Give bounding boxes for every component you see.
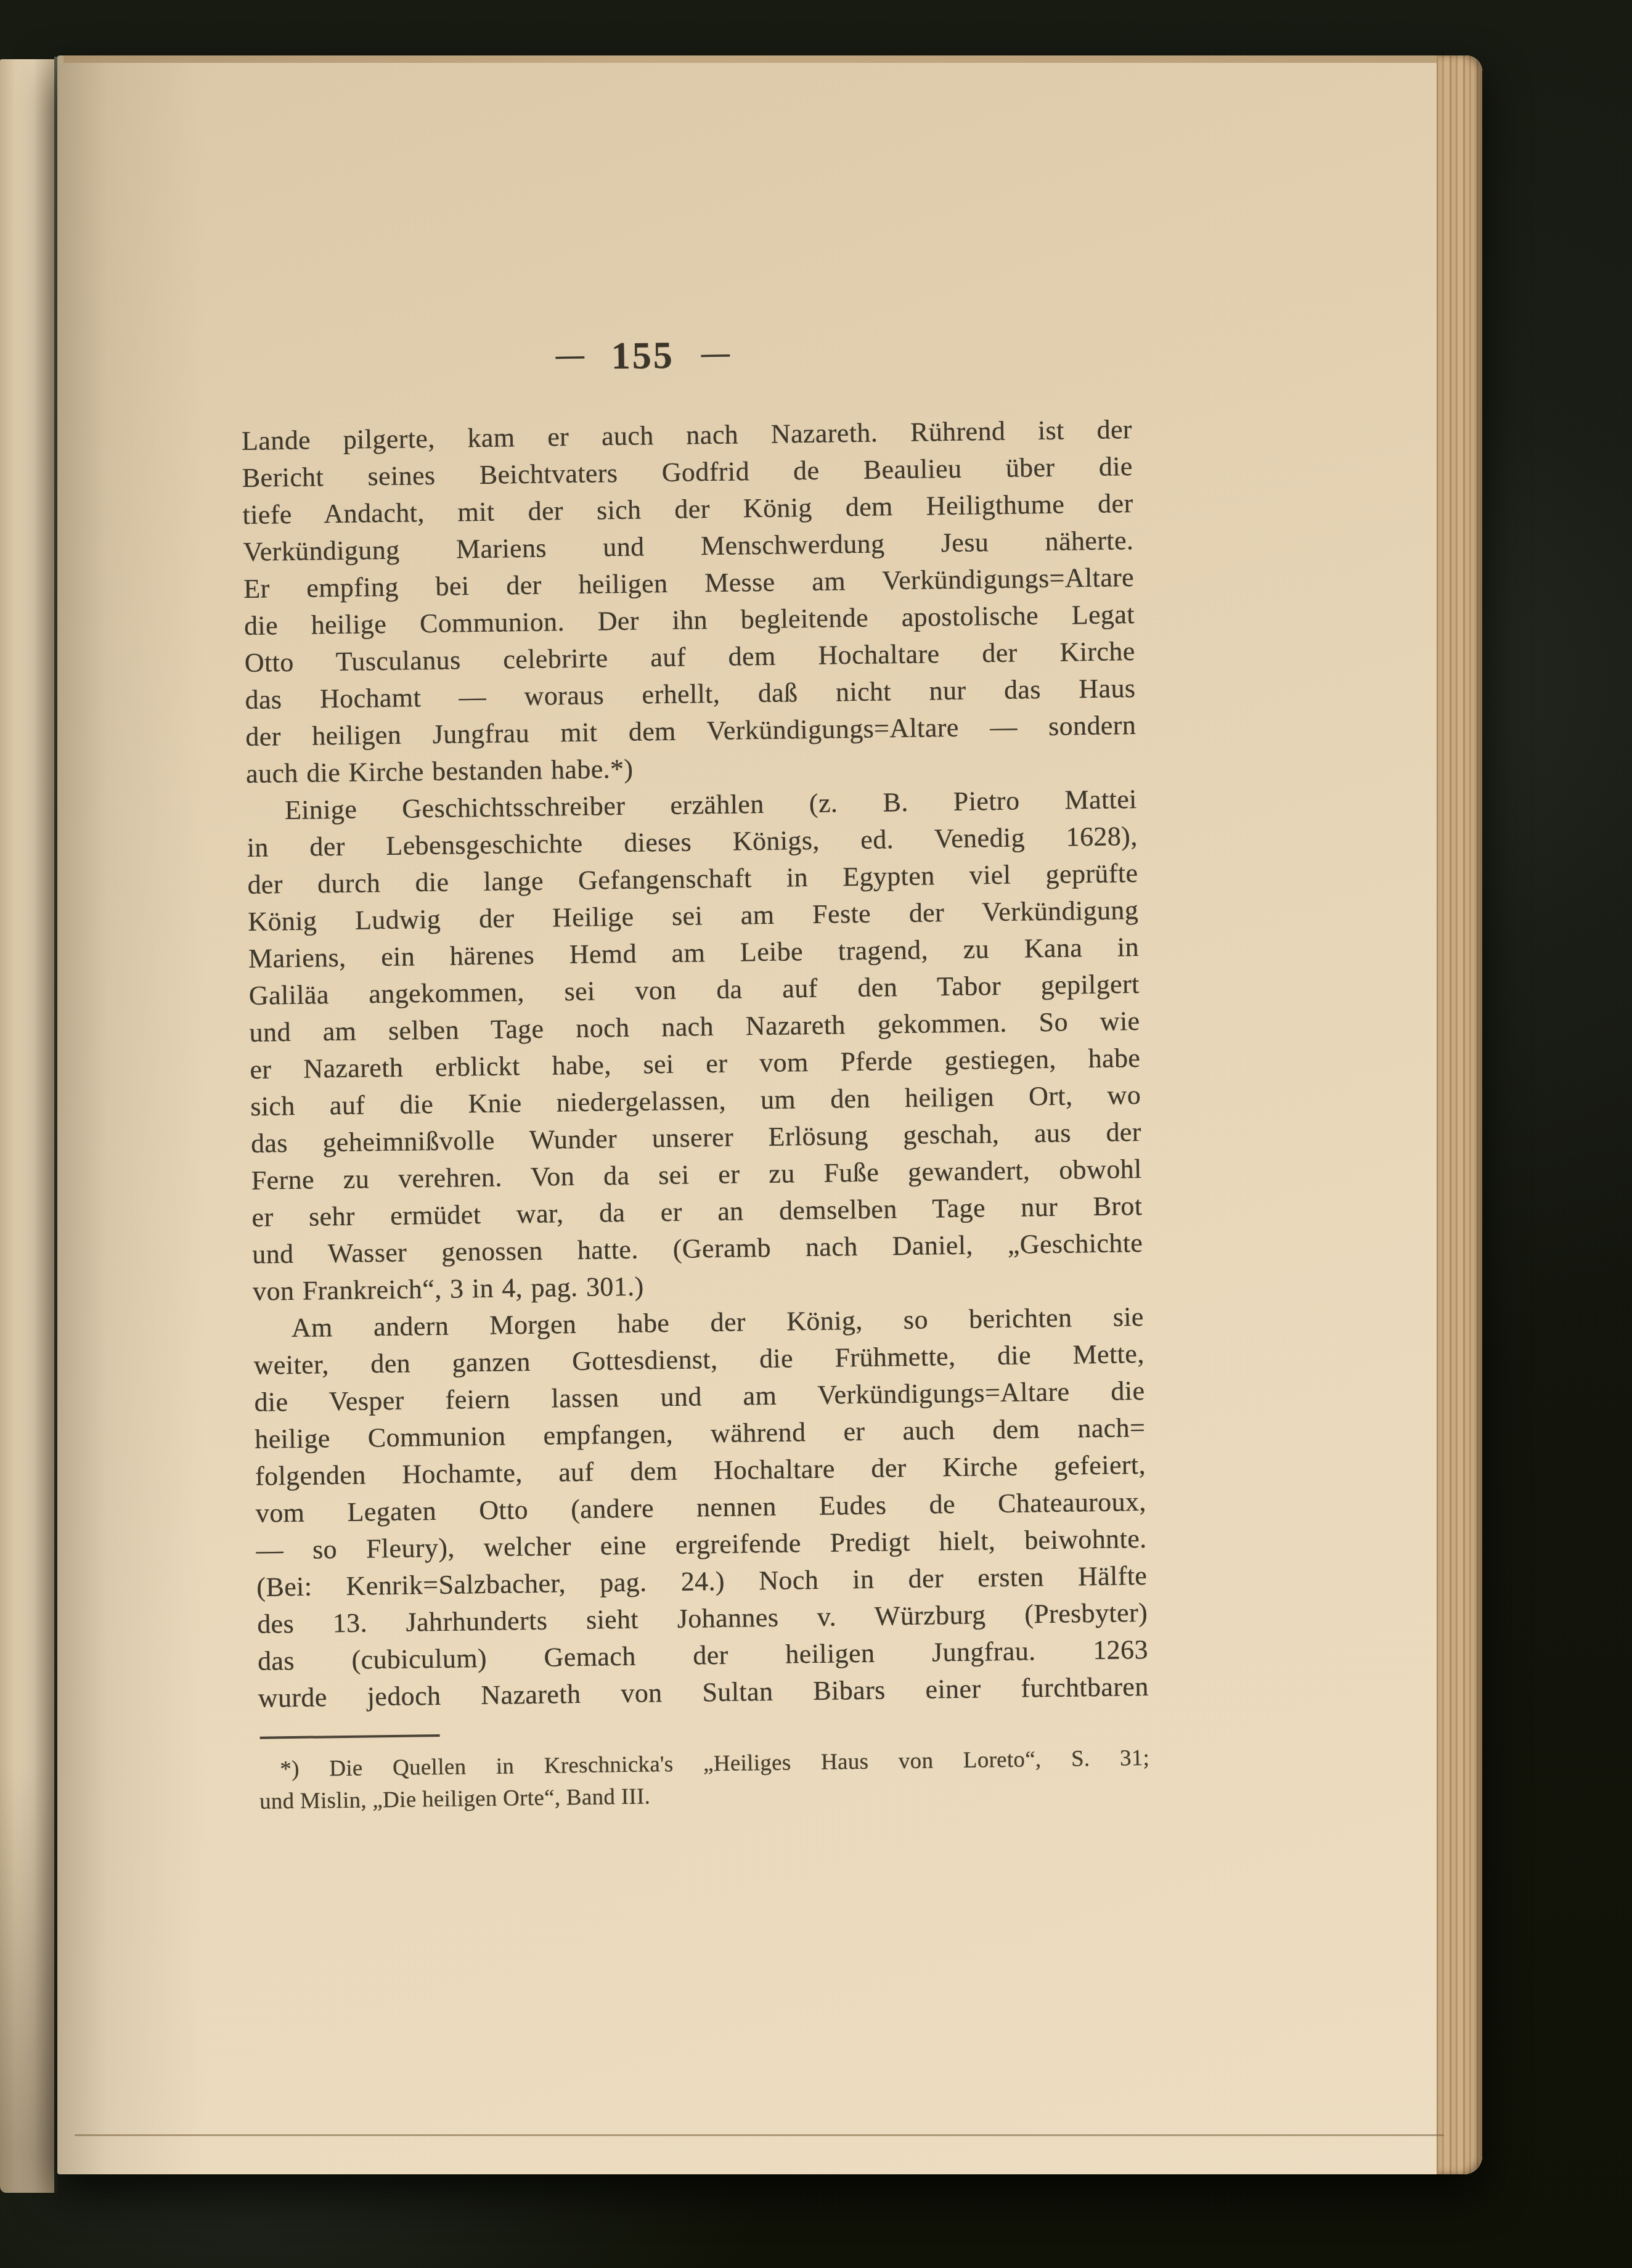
page-top-edge — [63, 55, 1464, 63]
page-fore-edge-deckle — [1437, 55, 1482, 2174]
page-bottom-crease — [75, 2134, 1444, 2136]
page-number-dash-left: — — [555, 338, 584, 371]
page-number-dash-right: — — [701, 336, 730, 369]
page-number-value: 155 — [611, 333, 674, 378]
printed-text-block: — 155 — Lande pilgerte, kam er auch nach… — [240, 331, 1150, 1818]
book-page: — 155 — Lande pilgerte, kam er auch nach… — [57, 55, 1482, 2174]
scanned-book-photo: — 155 — Lande pilgerte, kam er auch nach… — [0, 0, 1632, 2268]
facing-page-edge — [0, 59, 54, 2193]
page-number: — 155 — — [197, 332, 1088, 380]
footnote-divider-rule — [260, 1734, 440, 1739]
